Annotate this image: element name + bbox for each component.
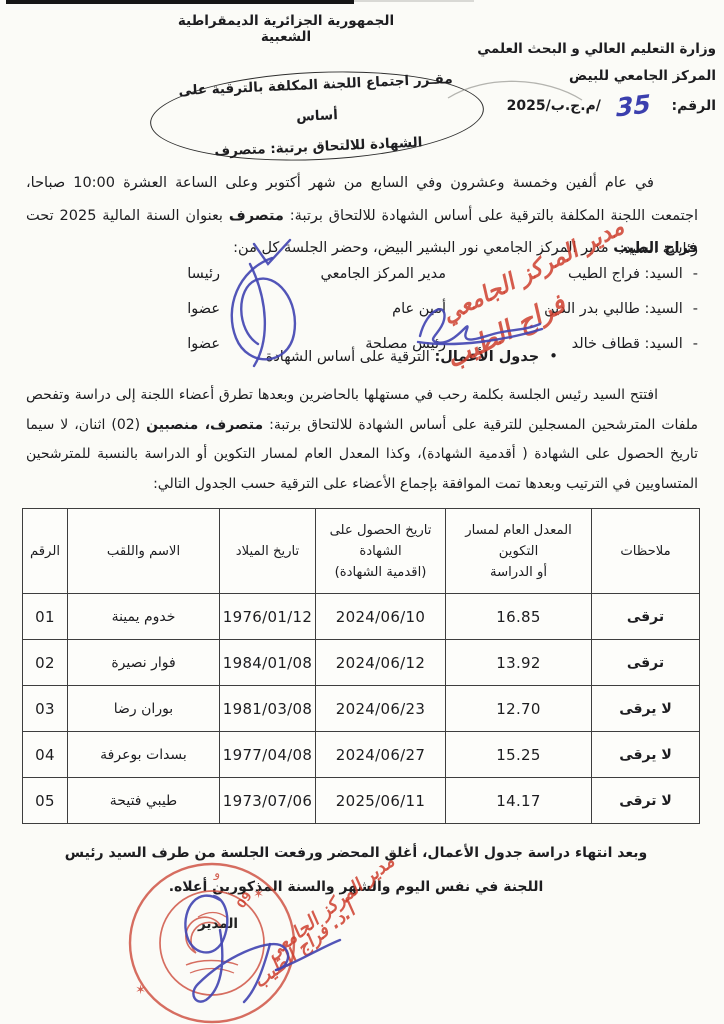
cell-name: فوار نصيرة (68, 640, 220, 686)
republic-title: الجمهورية الجزائرية الديمقراطية الشعبية (158, 13, 414, 45)
agenda-line: •جدول الأعمال: الترقية على أساس الشهادة (266, 347, 558, 365)
header-number: الرقم (23, 509, 68, 594)
member-capacity: عضوا (100, 336, 220, 352)
agenda-label: جدول الأعمال: (434, 349, 539, 365)
cell-average: 15.25 (446, 732, 592, 778)
member-role: أمين عام (220, 301, 446, 317)
member-role: مدير المركز الجامعي (220, 266, 446, 282)
document-title-oval: مقـرر اجتماع اللجنة المكلفة بالترقية على… (148, 65, 486, 167)
dash: - (693, 266, 698, 282)
body-paragraph: افتتح السيد رئيس الجلسة بكلمة رحب في مست… (26, 381, 698, 499)
red-handwriting-bottom-name: أ.د. فراج الطيب (250, 900, 360, 992)
cell-certificate-date: 2025/06/11 (316, 778, 446, 824)
document-page: الجمهورية الجزائرية الديمقراطية الشعبية … (0, 0, 724, 1024)
cell-number: 01 (23, 594, 68, 640)
table-row: ترقى 13.92 2024/06/12 1984/01/08 فوار نص… (23, 640, 700, 686)
cell-birth-date: 1981/03/08 (220, 686, 316, 732)
member-capacity: رئيسا (100, 266, 220, 282)
header-birth-date: تاريخ الميلاد (220, 509, 316, 594)
body-rank-bold: متصرف، منصبين (146, 417, 263, 433)
member-row: -السيد: طالبي بدر الدين أمين عام عضوا (100, 291, 698, 326)
table-row: ترقى 16.85 2024/06/10 1976/01/12 خدوم يم… (23, 594, 700, 640)
header-average: المعدل العام لمسار التكوين أو الدراسة (446, 509, 592, 594)
cell-certificate-date: 2024/06/10 (316, 594, 446, 640)
scan-artifact-top (6, 0, 354, 4)
cell-note: لا ترقى (592, 778, 700, 824)
cell-name: بسدات بوعرفة (68, 732, 220, 778)
member-capacity: عضوا (100, 301, 220, 317)
cell-average: 13.92 (446, 640, 592, 686)
intro-text-3: مدير المركز الجامعي نور البشير البيض، وح… (233, 240, 613, 256)
cell-certificate-date: 2024/06/12 (316, 640, 446, 686)
dash: - (693, 301, 698, 317)
cell-number: 04 (23, 732, 68, 778)
closing-paragraph: وبعد انتهاء دراسة جدول الأعمال، أغلق الم… (46, 836, 666, 904)
cell-note: ترقى (592, 594, 700, 640)
header-certificate-date: تاريخ الحصول على الشهادة (اقدمية الشهادة… (316, 509, 446, 594)
oval-hand-drawn-tail (446, 70, 584, 106)
promotion-results-table: ملاحظات المعدل العام لمسار التكوين أو ال… (22, 508, 700, 824)
cell-number: 05 (23, 778, 68, 824)
cell-birth-date: 1973/07/06 (220, 778, 316, 824)
handwritten-reference-number: 35 (606, 88, 667, 123)
member-row: -السيد: فراج الطيب مدير المركز الجامعي ر… (100, 256, 698, 291)
cell-average: 12.70 (446, 686, 592, 732)
cell-name: بوران رضا (68, 686, 220, 732)
cell-birth-date: 1977/04/08 (220, 732, 316, 778)
committee-members-list: -السيد: فراج الطيب مدير المركز الجامعي ر… (100, 256, 698, 361)
scan-artifact-top-2 (354, 0, 474, 2)
agenda-text: الترقية على أساس الشهادة (266, 349, 435, 365)
member-name: -السيد: فراج الطيب (446, 266, 698, 282)
cell-note: لا يرقى (592, 686, 700, 732)
bullet-icon: • (549, 347, 558, 365)
cell-note: لا يرقى (592, 732, 700, 778)
cell-certificate-date: 2024/06/23 (316, 686, 446, 732)
reference-label: الرقم: (671, 98, 716, 114)
header-notes: ملاحظات (592, 509, 700, 594)
cell-birth-date: 1976/01/12 (220, 594, 316, 640)
cell-average: 14.17 (446, 778, 592, 824)
director-label: المدير (198, 916, 238, 932)
president-name-bold: فراج الطيب (613, 240, 698, 256)
cell-note: ترقى (592, 640, 700, 686)
dash: - (693, 336, 698, 352)
table-row: لا ترقى 14.17 2025/06/11 1973/07/06 طيبي… (23, 778, 700, 824)
cell-name: طيبي فتيحة (68, 778, 220, 824)
table-row: لا يرقى 15.25 2024/06/27 1977/04/08 بسدا… (23, 732, 700, 778)
ministry-line1: وزارة التعليم العالي و البحث العلمي (477, 36, 716, 63)
table-header-row: ملاحظات المعدل العام لمسار التكوين أو ال… (23, 509, 700, 594)
table-row: لا يرقى 12.70 2024/06/23 1981/03/08 بورا… (23, 686, 700, 732)
cell-number: 02 (23, 640, 68, 686)
cell-name: خدوم يمينة (68, 594, 220, 640)
cell-average: 16.85 (446, 594, 592, 640)
cell-certificate-date: 2024/06/27 (316, 732, 446, 778)
intro-rank-bold: متصرف (229, 208, 284, 224)
stamp-star-icon: ✶ (135, 983, 146, 998)
member-name: -السيد: طالبي بدر الدين (446, 301, 698, 317)
header-full-name: الاسم واللقب (68, 509, 220, 594)
cell-number: 03 (23, 686, 68, 732)
cell-birth-date: 1984/01/08 (220, 640, 316, 686)
